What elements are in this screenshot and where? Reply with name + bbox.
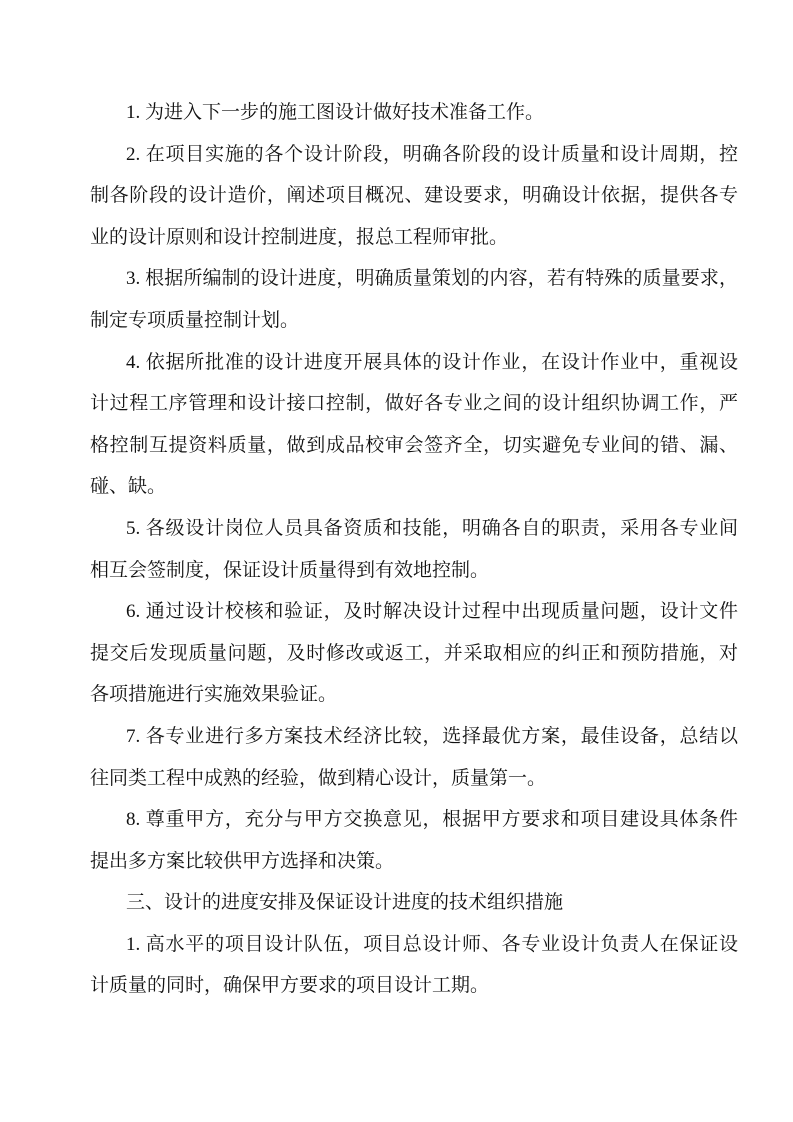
paragraph: 1. 高水平的项目设计队伍，项目总设计师、各专业设计负责人在保证设计质量的同时，…: [90, 924, 738, 1007]
text-line: 相互会签制度，保证设计质量得到有效地控制。: [90, 550, 738, 592]
paragraph: 3. 根据所编制的设计进度，明确质量策划的内容，若有特殊的质量要求，制定专项质量…: [90, 258, 738, 341]
text-line: 4. 依据所批准的设计进度开展具体的设计作业，在设计作业中，重视设: [90, 342, 738, 384]
text-line: 碰、缺。: [90, 466, 738, 508]
text-line: 制各阶段的设计造价，阐述项目概况、建设要求，明确设计依据，提供各专: [90, 175, 738, 217]
text-line: 格控制互提资料质量，做到成品校审会签齐全，切实避免专业间的错、漏、: [90, 425, 738, 467]
text-line: 计过程工序管理和设计接口控制，做好各专业之间的设计组织协调工作，严: [90, 383, 738, 425]
text-line: 计质量的同时，确保甲方要求的项目设计工期。: [90, 965, 738, 1007]
text-line: 往同类工程中成熟的经验，做到精心设计，质量第一。: [90, 758, 738, 800]
text-line: 5. 各级设计岗位人员具备资质和技能，明确各自的职责，采用各专业间: [90, 508, 738, 550]
document-page: 1. 为进入下一步的施工图设计做好技术准备工作。2. 在项目实施的各个设计阶段，…: [0, 0, 793, 1122]
text-line: 提出多方案比较供甲方选择和决策。: [90, 841, 738, 883]
text-line: 2. 在项目实施的各个设计阶段，明确各阶段的设计质量和设计周期，控: [90, 134, 738, 176]
paragraph: 8. 尊重甲方，充分与甲方交换意见，根据甲方要求和项目建设具体条件提出多方案比较…: [90, 799, 738, 882]
paragraph: 4. 依据所批准的设计进度开展具体的设计作业，在设计作业中，重视设计过程工序管理…: [90, 342, 738, 508]
text-line: 1. 高水平的项目设计队伍，项目总设计师、各专业设计负责人在保证设: [90, 924, 738, 966]
text-line: 1. 为进入下一步的施工图设计做好技术准备工作。: [90, 92, 738, 134]
paragraph: 7. 各专业进行多方案技术经济比较，选择最优方案，最佳设备，总结以往同类工程中成…: [90, 716, 738, 799]
heading-line: 三、设计的进度安排及保证设计进度的技术组织措施: [90, 882, 738, 924]
text-line: 6. 通过设计校核和验证，及时解决设计过程中出现质量问题，设计文件: [90, 591, 738, 633]
paragraph: 6. 通过设计校核和验证，及时解决设计过程中出现质量问题，设计文件提交后发现质量…: [90, 591, 738, 716]
text-line: 8. 尊重甲方，充分与甲方交换意见，根据甲方要求和项目建设具体条件: [90, 799, 738, 841]
text-line: 各项措施进行实施效果验证。: [90, 674, 738, 716]
section-heading: 三、设计的进度安排及保证设计进度的技术组织措施: [90, 882, 738, 924]
text-line: 3. 根据所编制的设计进度，明确质量策划的内容，若有特殊的质量要求，: [90, 258, 738, 300]
text-line: 业的设计原则和设计控制进度，报总工程师审批。: [90, 217, 738, 259]
document-body: 1. 为进入下一步的施工图设计做好技术准备工作。2. 在项目实施的各个设计阶段，…: [90, 92, 738, 1007]
paragraph: 1. 为进入下一步的施工图设计做好技术准备工作。: [90, 92, 738, 134]
text-line: 7. 各专业进行多方案技术经济比较，选择最优方案，最佳设备，总结以: [90, 716, 738, 758]
text-line: 提交后发现质量问题，及时修改或返工，并采取相应的纠正和预防措施，对: [90, 633, 738, 675]
text-line: 制定专项质量控制计划。: [90, 300, 738, 342]
paragraph: 5. 各级设计岗位人员具备资质和技能，明确各自的职责，采用各专业间相互会签制度，…: [90, 508, 738, 591]
paragraph: 2. 在项目实施的各个设计阶段，明确各阶段的设计质量和设计周期，控制各阶段的设计…: [90, 134, 738, 259]
